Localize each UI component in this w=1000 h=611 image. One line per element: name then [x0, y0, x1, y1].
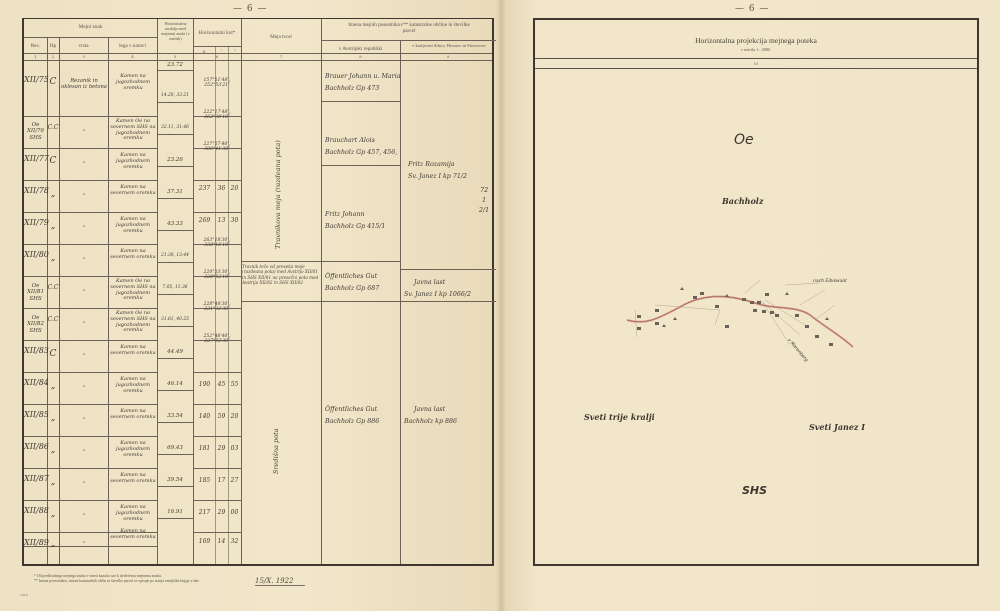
hp-cell: C.C [47, 285, 59, 292]
vrsta-cell: „ [60, 539, 108, 545]
distance-cell: 69.43 [157, 445, 193, 451]
angle-seconds: 32 [228, 539, 241, 546]
angle-cell: 222°17′48″, 262°30′18″ [193, 110, 241, 121]
distance-cell: 33.54 [157, 413, 193, 419]
rec-cell: XII/89 [24, 538, 47, 547]
header-lega: lega v naravi [108, 43, 157, 49]
angle-seconds: 20 [228, 186, 241, 193]
boundary-ledger-table: Mejni znak Rec. Hp vrsta lega v naravi H… [22, 18, 494, 566]
rec-cell: Oe XII/76 SHS [24, 122, 47, 141]
owner-parcel: Sv. Janez I kp 1066/2 [404, 289, 471, 301]
map-scale: v merilu 1 : 2880. [535, 47, 977, 52]
title-divider [535, 58, 977, 59]
footnotes: * Od predhodnega mejnega znaka v smeri k… [34, 574, 199, 585]
header-rec: Rec. [24, 43, 47, 49]
map-label-village: Bachholz [722, 196, 763, 206]
owner-parcel: Sv. Janez I kp 71/2 [408, 171, 467, 183]
angle-degrees: 169 [194, 539, 215, 546]
page-number: — 6 — [233, 4, 267, 14]
lega-cell: Kamen Oe na severnem SHS na jugozhodnem … [110, 119, 156, 142]
column-number: 5 [157, 54, 193, 59]
angle-cell: 263°18′30″, 338°16′18″ [193, 238, 241, 249]
lega-cell: Kamen na jugozhodnem oremku [110, 74, 156, 91]
angle-minutes: 13 [215, 218, 228, 225]
rec-cell: XII/84 [24, 378, 47, 387]
map-title: Horizontalna projekcija mejnega poteka [535, 36, 977, 45]
owner-austria: Brauchart Alois Bachholz Gp 457, 456, [325, 135, 397, 159]
map-label-shs: SHS [742, 484, 767, 497]
header-meja-tvori: Meja tvori [241, 34, 321, 40]
vrsta-cell: „ [60, 191, 108, 197]
hp-cell: „ [47, 381, 59, 391]
lega-cell: Kamen na severnem oremku [110, 185, 156, 197]
angle-seconds: 03 [228, 446, 241, 453]
distance-cell: 31.61, 40.25 [157, 317, 193, 322]
rec-cell: XII/78 [24, 186, 47, 195]
lega-cell: Kamen Oe na severnem SHS na jugozhodnem … [110, 279, 156, 302]
angle-minutes: 59 [215, 414, 228, 421]
angle-cell: 227°57′40″, 300°41′38″ [193, 142, 241, 153]
column-number: 8 [321, 54, 400, 59]
owner-name: Öffentliches Gut [325, 271, 379, 283]
owner-name: Javna last [404, 277, 471, 289]
hp-cell: C.C [47, 125, 59, 132]
rec-cell: Oe XII/82 SHS [24, 315, 47, 334]
distance-cell: 46.14 [157, 381, 193, 387]
map-label-cadastral-left: Sveti trije kralji [584, 412, 655, 422]
header-divider [193, 46, 241, 47]
owner-name: Fritz Johann [325, 209, 385, 221]
angle-minutes: 29 [215, 510, 228, 517]
owner-parcel: Bachholz Gp 473 [325, 83, 400, 95]
distance-cell: 21.30, 13.44 [157, 253, 193, 258]
distance-cell: 44.49 [157, 349, 193, 355]
column-number: 6 [193, 54, 241, 59]
column-number: 10 [535, 62, 977, 66]
vrsta-cell: „ [60, 383, 108, 389]
column-number: 3 [59, 54, 108, 59]
owner-shs: Fritz Rozamija Sv. Janez I kp 71/2 [408, 159, 467, 183]
angle-seconds: 30 [228, 218, 241, 225]
hp-cell: „ [47, 253, 59, 263]
hp-cell: „ [47, 221, 59, 231]
distance-cell: 37.31 [157, 189, 193, 195]
lega-cell: Kamen na severnem oremku [110, 409, 156, 421]
rec-cell: XII/86 [24, 442, 47, 451]
distance-cell: 16.91 [157, 509, 193, 515]
vrsta-cell: „ [60, 287, 108, 293]
angle-minutes: 29 [215, 446, 228, 453]
distance-cell: 23.26 [157, 157, 193, 163]
column-number: 4 [108, 54, 157, 59]
hp-cell: „ [47, 413, 59, 423]
lega-cell: Kamen na jugozhodnem oremku [110, 441, 156, 458]
angle-seconds: 27 [228, 478, 241, 485]
owner-parcel: Bachholz Gp 415/1 [325, 221, 385, 233]
angle-minutes: 36 [215, 186, 228, 193]
rec-cell: XII/80 [24, 250, 47, 259]
rec-cell: XII/85 [24, 410, 47, 419]
header-angle: Horizontalni kot* [193, 30, 241, 36]
owner-name: Javna last [404, 404, 457, 416]
owner-name: Brauer Johann u. Maria [325, 71, 400, 83]
angle-minutes: 17 [215, 478, 228, 485]
header-distance: Horizontalna razdalja med mejnimi znaki … [158, 21, 193, 41]
lega-cell: Kamen na jugozhodnem oremku [110, 153, 156, 170]
boundary-type-upper: Travnikova meja (razdeana pota) [274, 140, 282, 249]
left-page: — 6 — Mejni znak Rec. Hp vrsta [0, 0, 500, 611]
angle-cell: 228°48′30″, 231°32′30″ [193, 302, 241, 313]
boundary-map-frame: Horizontalna projekcija mejnega poteka v… [533, 18, 979, 566]
rec-cell: Oe XII/81 SHS [24, 283, 47, 302]
print-mark: 1010 [20, 593, 28, 597]
owner-name: Brauchart Alois [325, 135, 397, 147]
header-mejni-znak: Mejni znak [24, 24, 157, 30]
rec-cell: XII/77 [24, 154, 47, 163]
rec-cell: XII/79 [24, 218, 47, 227]
owner-shs-extra-parcels: 72 1 2/1 [479, 186, 489, 215]
owner-parcel: Bachholz kp 886 [404, 416, 457, 428]
hp-cell: C.C [47, 317, 59, 324]
boundary-map-drawing [625, 265, 855, 375]
title-divider [535, 68, 977, 69]
distance-cell: 39.54 [157, 477, 193, 483]
map-label-austria: Oe [734, 132, 754, 148]
hp-cell: C [47, 349, 59, 359]
owner-parcel: Bachholz Gp 457, 456, [325, 147, 397, 159]
angle-degrees: 237 [194, 186, 215, 193]
rec-cell: XII/87 [24, 474, 47, 483]
vrsta-cell: „ [60, 255, 108, 261]
distance-cell: 14.20, 33.21 [157, 93, 193, 98]
parcel-number: 1 [479, 196, 489, 206]
book-gutter [496, 0, 506, 611]
lega-cell: Kamen na severnem oremku [110, 529, 156, 541]
vrsta-cell: Rezanik in oklesan iz betona [60, 79, 108, 91]
vrsta-cell: „ [60, 319, 108, 325]
header-shs: v kraljevini Srbov, Hrvatov in Slovencev [404, 43, 494, 48]
angle-cell: 157°51′48″, 252°53′21″ [193, 78, 241, 89]
page-number: — 6 — [735, 4, 769, 14]
hp-cell: C [47, 77, 59, 87]
map-label-cadastral-right: Sveti Janez I [809, 422, 865, 432]
vrsta-cell: „ [60, 479, 108, 485]
rec-cell: XII/88 [24, 506, 47, 515]
hp-cell: „ [47, 477, 59, 487]
angle-minutes: 45 [215, 382, 228, 389]
angle-seconds: 55 [228, 382, 241, 389]
owner-shs: Javna last Sv. Janez I kp 1066/2 [404, 277, 471, 301]
angle-degrees: 181 [194, 446, 215, 453]
hp-cell: „ [47, 509, 59, 519]
footnote: ** Imena posestnikov, imena katastralnih… [34, 579, 199, 584]
header-owners: Imena mejnih posestnikov** katastralne o… [344, 22, 474, 34]
angle-degrees: 190 [194, 382, 215, 389]
owner-name: Öffentliches Gut [325, 404, 379, 416]
angle-degrees: 140 [194, 414, 215, 421]
header-hp: Hp [47, 43, 59, 49]
boundary-note: Travnik teče od preseka meje (razdeana p… [242, 264, 320, 286]
angle-seconds: 00 [228, 510, 241, 517]
vrsta-cell: „ [60, 127, 108, 133]
hp-cell: „ [47, 189, 59, 199]
hp-cell: „ [47, 539, 59, 549]
parcel-number: 72 [479, 186, 489, 196]
vrsta-cell: „ [60, 415, 108, 421]
record-date: 15/X. 1922 [255, 577, 305, 586]
vrsta-cell: „ [60, 447, 108, 453]
distance-cell: 7.05, 11.36 [157, 285, 193, 290]
angle-cell: 220°33′30″, 228°52′18″ [193, 270, 241, 281]
angle-degrees: 217 [194, 510, 215, 517]
distance-cell: 43.33 [157, 221, 193, 227]
hp-cell: C [47, 156, 59, 166]
angle-degrees: 269 [194, 218, 215, 225]
lega-cell: Kamen na severnem oremku [110, 249, 156, 261]
lega-cell: Kamen na severnem oremku [110, 473, 156, 485]
header-divider [24, 60, 492, 61]
vrsta-cell: „ [60, 351, 108, 357]
column-number: 9 [400, 54, 496, 59]
header-vrsta: vrsta [59, 43, 108, 49]
rec-cell: XII/83 [24, 346, 47, 355]
header-divider [24, 37, 157, 38]
owner-austria: Fritz Johann Bachholz Gp 415/1 [325, 209, 385, 233]
column-number: 7 [241, 54, 321, 59]
distance-cell: 32.11, 31.46 [157, 125, 193, 130]
owner-parcel: Bachholz Gp 687 [325, 283, 379, 295]
owner-shs: Javna last Bachholz kp 886 [404, 404, 457, 428]
owner-parcel: Bachholz Gp 886 [325, 416, 379, 428]
lega-cell: Kamen na jugozhodnem oremku [110, 505, 156, 522]
angle-degrees: 185 [194, 478, 215, 485]
vrsta-cell: „ [60, 511, 108, 517]
angle-minutes: 14 [215, 539, 228, 546]
column-number: 1 [24, 54, 47, 59]
vrsta-cell: „ [60, 223, 108, 229]
owner-austria: Brauer Johann u. Maria Bachholz Gp 473 [325, 71, 400, 95]
vrsta-cell: „ [60, 159, 108, 165]
owner-austria: Öffentliches Gut Bachholz Gp 886 [325, 404, 379, 428]
lega-cell: Kamen na jugozhodnem oremku [110, 377, 156, 394]
rec-cell: XII/75 [24, 75, 47, 84]
column-number: 2 [47, 54, 59, 59]
boundary-type-lower: Središna pota [272, 428, 280, 474]
lega-cell: Kamen Oe na severnem SHS na jugozhodnem … [110, 311, 156, 334]
distance-cell: 23.72 [157, 62, 193, 68]
owner-name: Fritz Rozamija [408, 159, 467, 171]
header-divider [321, 40, 496, 41]
angle-cell: 252°48′40″, 227°52′30″ [193, 334, 241, 345]
parcel-number: 2/1 [479, 206, 489, 216]
angle-seconds: 20 [228, 414, 241, 421]
lega-cell: Kamen na jugozhodnem oremku [110, 217, 156, 234]
header-austria: v Avstrijski republiki [321, 46, 400, 52]
hp-cell: „ [47, 445, 59, 455]
owner-austria: Öffentliches Gut Bachholz Gp 687 [325, 271, 379, 295]
lega-cell: Kamen na severnem oremku [110, 345, 156, 357]
